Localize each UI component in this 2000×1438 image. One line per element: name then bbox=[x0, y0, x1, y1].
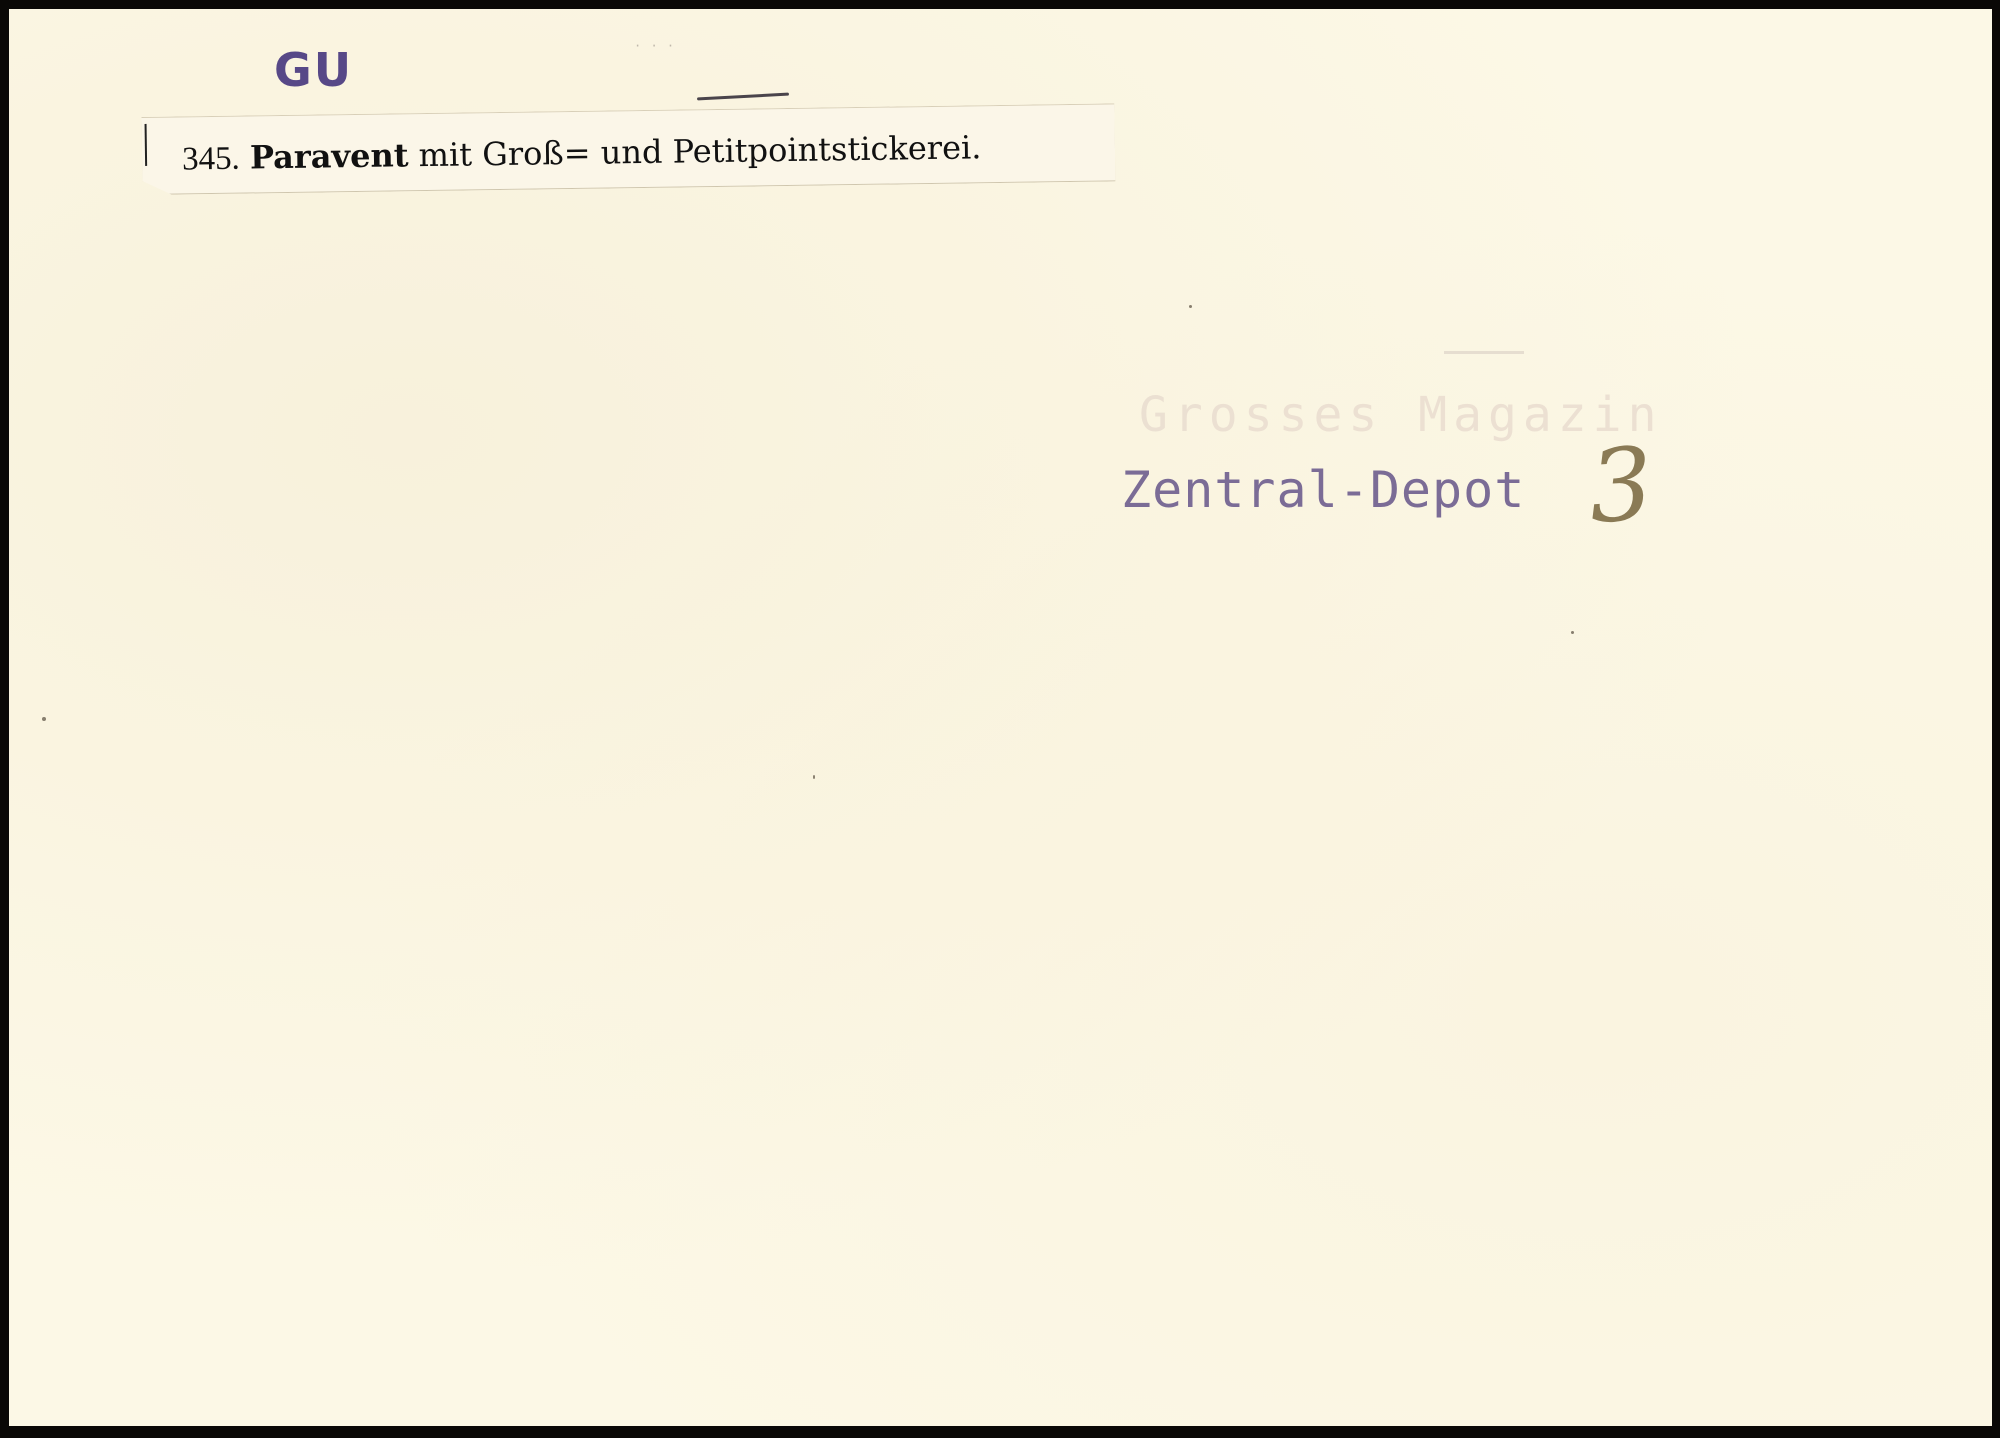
pasted-label: 345. Paravent mit Groß= und Petitpointst… bbox=[141, 103, 1115, 195]
object-description: mit Groß= und Petitpointstickerei. bbox=[418, 128, 981, 174]
depot-stamp: Zentral-Depot bbox=[1121, 461, 1525, 519]
catalog-number: 345. bbox=[182, 141, 240, 178]
document-card: GU · · · 345. Paravent mit Groß= und Pet… bbox=[9, 9, 1992, 1426]
object-title: Paravent bbox=[250, 136, 409, 176]
gu-stamp: GU bbox=[274, 43, 353, 97]
label-edge-mark bbox=[145, 124, 148, 166]
faint-stamp-top: · · · bbox=[634, 39, 675, 53]
faded-stamp: Grosses Magazin bbox=[1139, 387, 1662, 443]
paper-speck bbox=[42, 717, 46, 721]
label-caption: 345. Paravent mit Groß= und Petitpointst… bbox=[182, 128, 982, 178]
handwritten-number: 3 bbox=[1585, 425, 1657, 546]
paper-speck bbox=[1571, 631, 1574, 634]
paper-speck bbox=[813, 775, 815, 779]
pen-stroke bbox=[697, 93, 789, 101]
paper-speck bbox=[1189, 305, 1192, 308]
faint-mark bbox=[1444, 351, 1524, 354]
